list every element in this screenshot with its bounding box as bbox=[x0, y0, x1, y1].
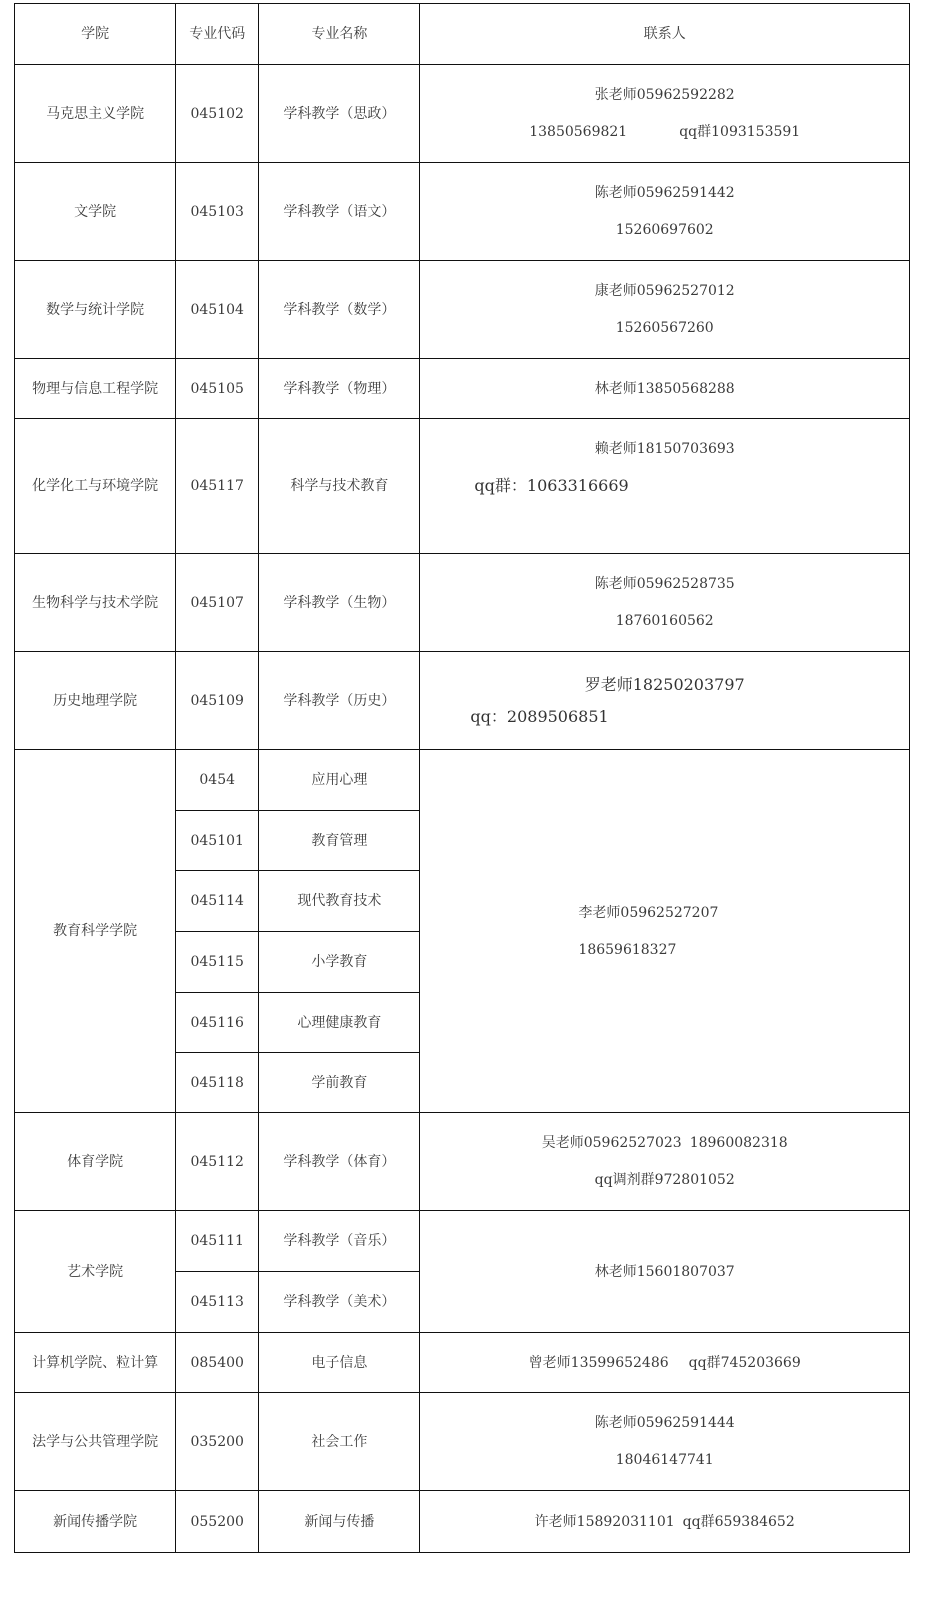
contact-cell: 陈老师05962591442 15260697602 bbox=[420, 163, 910, 261]
college-cell: 文学院 bbox=[15, 163, 176, 261]
contact-line-1: 曾老师13599652486qq群745203669 bbox=[420, 1353, 909, 1373]
contact-cell: 赖老师18150703693 qq群：1063316669 bbox=[420, 419, 910, 554]
major-code-cell: 045116 bbox=[176, 993, 259, 1053]
major-name-cell: 心理健康教育 bbox=[259, 993, 420, 1053]
major-code-cell: 085400 bbox=[176, 1333, 259, 1393]
major-code-cell: 045111 bbox=[176, 1211, 259, 1272]
major-code-cell: 045115 bbox=[176, 932, 259, 993]
table-row: 计算机学院、粒计算 085400 电子信息 曾老师13599652486qq群7… bbox=[15, 1333, 910, 1393]
contact-cell: 吴老师0596252702318960082318 qq调剂群972801052 bbox=[420, 1113, 910, 1211]
contact-line-2: 18046147741 bbox=[420, 1450, 909, 1470]
header-contact: 联系人 bbox=[420, 4, 910, 65]
table-row: 文学院 045103 学科教学（语文） 陈老师05962591442 15260… bbox=[15, 163, 910, 261]
contact-cell: 陈老师05962528735 18760160562 bbox=[420, 554, 910, 652]
college-cell: 新闻传播学院 bbox=[15, 1491, 176, 1553]
phone: 曾老师13599652486 bbox=[529, 1355, 669, 1371]
contact-line-2: 15260697602 bbox=[420, 220, 909, 240]
qq-group: qq群745203669 bbox=[689, 1355, 801, 1371]
college-cell: 计算机学院、粒计算 bbox=[15, 1333, 176, 1393]
college-cell: 法学与公共管理学院 bbox=[15, 1393, 176, 1491]
college-cell: 教育科学学院 bbox=[15, 750, 176, 1113]
college-cell: 历史地理学院 bbox=[15, 652, 176, 750]
college-cell: 艺术学院 bbox=[15, 1211, 176, 1333]
major-name-cell: 学科教学（思政） bbox=[259, 65, 420, 163]
contact-line-1: 许老师15892031101qq群659384652 bbox=[420, 1512, 909, 1532]
major-name-cell: 学科教学（生物） bbox=[259, 554, 420, 652]
contact-line-2: 18659618327 bbox=[578, 940, 909, 960]
major-name-cell: 学科教学（音乐） bbox=[259, 1211, 420, 1272]
contact-cell: 曾老师13599652486qq群745203669 bbox=[420, 1333, 910, 1393]
major-name-cell: 社会工作 bbox=[259, 1393, 420, 1491]
contact-cell: 许老师15892031101qq群659384652 bbox=[420, 1491, 910, 1553]
major-name-cell: 学科教学（体育） bbox=[259, 1113, 420, 1211]
major-name-cell: 新闻与传播 bbox=[259, 1491, 420, 1553]
table-row: 物理与信息工程学院 045105 学科教学（物理） 林老师13850568288 bbox=[15, 359, 910, 419]
contact-cell: 陈老师05962591444 18046147741 bbox=[420, 1393, 910, 1491]
major-name-cell: 教育管理 bbox=[259, 811, 420, 871]
contact-line-2: qq调剂群972801052 bbox=[420, 1170, 909, 1190]
contact-line-1: 林老师13850568288 bbox=[420, 379, 909, 399]
major-name-cell: 科学与技术教育 bbox=[259, 419, 420, 554]
header-code: 专业代码 bbox=[176, 4, 259, 65]
major-code-cell: 045112 bbox=[176, 1113, 259, 1211]
contact-line-1: 张老师05962592282 bbox=[420, 85, 909, 105]
contact-cell: 林老师13850568288 bbox=[420, 359, 910, 419]
table-row: 法学与公共管理学院 035200 社会工作 陈老师05962591444 180… bbox=[15, 1393, 910, 1491]
contact-line-1: 赖老师18150703693 bbox=[420, 439, 909, 459]
contact-line-1: 陈老师05962591444 bbox=[420, 1413, 909, 1433]
header-row: 学院 专业代码 专业名称 联系人 bbox=[15, 4, 910, 65]
major-name-cell: 现代教育技术 bbox=[259, 871, 420, 932]
table-row: 历史地理学院 045109 学科教学（历史） 罗老师18250203797 qq… bbox=[15, 652, 910, 750]
table-row: 新闻传播学院 055200 新闻与传播 许老师15892031101qq群659… bbox=[15, 1491, 910, 1553]
college-cell: 马克思主义学院 bbox=[15, 65, 176, 163]
qq-group: qq群659384652 bbox=[683, 1514, 795, 1530]
phone: 许老师15892031101 bbox=[535, 1514, 675, 1530]
contact-line-1: 吴老师0596252702318960082318 bbox=[420, 1133, 909, 1153]
major-name-cell: 学前教育 bbox=[259, 1053, 420, 1113]
major-name-cell: 应用心理 bbox=[259, 750, 420, 811]
major-code-cell: 045105 bbox=[176, 359, 259, 419]
table-row: 生物科学与技术学院 045107 学科教学（生物） 陈老师05962528735… bbox=[15, 554, 910, 652]
header-college: 学院 bbox=[15, 4, 176, 65]
contact-line-2: 18760160562 bbox=[420, 611, 909, 631]
contact-cell: 张老师05962592282 13850569821qq群1093153591 bbox=[420, 65, 910, 163]
contacts-table: 学院 专业代码 专业名称 联系人 马克思主义学院 045102 学科教学（思政）… bbox=[14, 3, 910, 1553]
major-name-cell: 学科教学（数学） bbox=[259, 261, 420, 359]
contact-cell: 罗老师18250203797 qq：2089506851 bbox=[420, 652, 910, 750]
table-row: 艺术学院 045111 学科教学（音乐） 林老师15601807037 bbox=[15, 1211, 910, 1272]
contact-line-1: 林老师15601807037 bbox=[420, 1262, 909, 1282]
contact-line-1: 陈老师05962528735 bbox=[420, 574, 909, 594]
contact-line-1: 李老师05962527207 bbox=[578, 903, 909, 923]
header-major: 专业名称 bbox=[259, 4, 420, 65]
college-cell: 生物科学与技术学院 bbox=[15, 554, 176, 652]
college-cell: 化学化工与环境学院 bbox=[15, 419, 176, 554]
major-code-cell: 045114 bbox=[176, 871, 259, 932]
major-code-cell: 055200 bbox=[176, 1491, 259, 1553]
major-name-cell: 小学教育 bbox=[259, 932, 420, 993]
contact-line-2: 15260567260 bbox=[420, 318, 909, 338]
major-code-cell: 045118 bbox=[176, 1053, 259, 1113]
college-cell: 数学与统计学院 bbox=[15, 261, 176, 359]
major-code-cell: 045109 bbox=[176, 652, 259, 750]
contact-line-2: 13850569821qq群1093153591 bbox=[420, 122, 909, 142]
major-code-cell: 045107 bbox=[176, 554, 259, 652]
major-code-cell: 045102 bbox=[176, 65, 259, 163]
major-code-cell: 035200 bbox=[176, 1393, 259, 1491]
major-code-cell: 045117 bbox=[176, 419, 259, 554]
major-name-cell: 学科教学（语文） bbox=[259, 163, 420, 261]
contact-line-1: 康老师05962527012 bbox=[420, 281, 909, 301]
college-cell: 体育学院 bbox=[15, 1113, 176, 1211]
major-code-cell: 045103 bbox=[176, 163, 259, 261]
mobile: 18960082318 bbox=[690, 1135, 788, 1151]
contact-cell: 林老师15601807037 bbox=[420, 1211, 910, 1333]
table-row: 化学化工与环境学院 045117 科学与技术教育 赖老师18150703693 … bbox=[15, 419, 910, 554]
contact-line-1: 罗老师18250203797 bbox=[420, 675, 909, 695]
major-code-cell: 045113 bbox=[176, 1272, 259, 1333]
table-row: 教育科学学院 0454 应用心理 李老师05962527207 18659618… bbox=[15, 750, 910, 811]
contact-line-2: qq群：1063316669 bbox=[420, 476, 909, 496]
contact-line-2: qq：2089506851 bbox=[420, 707, 909, 727]
table-row: 马克思主义学院 045102 学科教学（思政） 张老师05962592282 1… bbox=[15, 65, 910, 163]
major-name-cell: 学科教学（历史） bbox=[259, 652, 420, 750]
major-name-cell: 电子信息 bbox=[259, 1333, 420, 1393]
major-code-cell: 045104 bbox=[176, 261, 259, 359]
table-row: 数学与统计学院 045104 学科教学（数学） 康老师05962527012 1… bbox=[15, 261, 910, 359]
major-code-cell: 045101 bbox=[176, 811, 259, 871]
contact-cell: 康老师05962527012 15260567260 bbox=[420, 261, 910, 359]
phone: 吴老师05962527023 bbox=[542, 1135, 682, 1151]
contact-cell: 李老师05962527207 18659618327 bbox=[420, 750, 910, 1113]
major-code-cell: 0454 bbox=[176, 750, 259, 811]
table-row: 体育学院 045112 学科教学（体育） 吴老师0596252702318960… bbox=[15, 1113, 910, 1211]
major-name-cell: 学科教学（物理） bbox=[259, 359, 420, 419]
qq-group: qq群1093153591 bbox=[679, 124, 800, 140]
college-cell: 物理与信息工程学院 bbox=[15, 359, 176, 419]
phone: 13850569821 bbox=[529, 124, 627, 140]
major-name-cell: 学科教学（美术） bbox=[259, 1272, 420, 1333]
contact-line-1: 陈老师05962591442 bbox=[420, 183, 909, 203]
